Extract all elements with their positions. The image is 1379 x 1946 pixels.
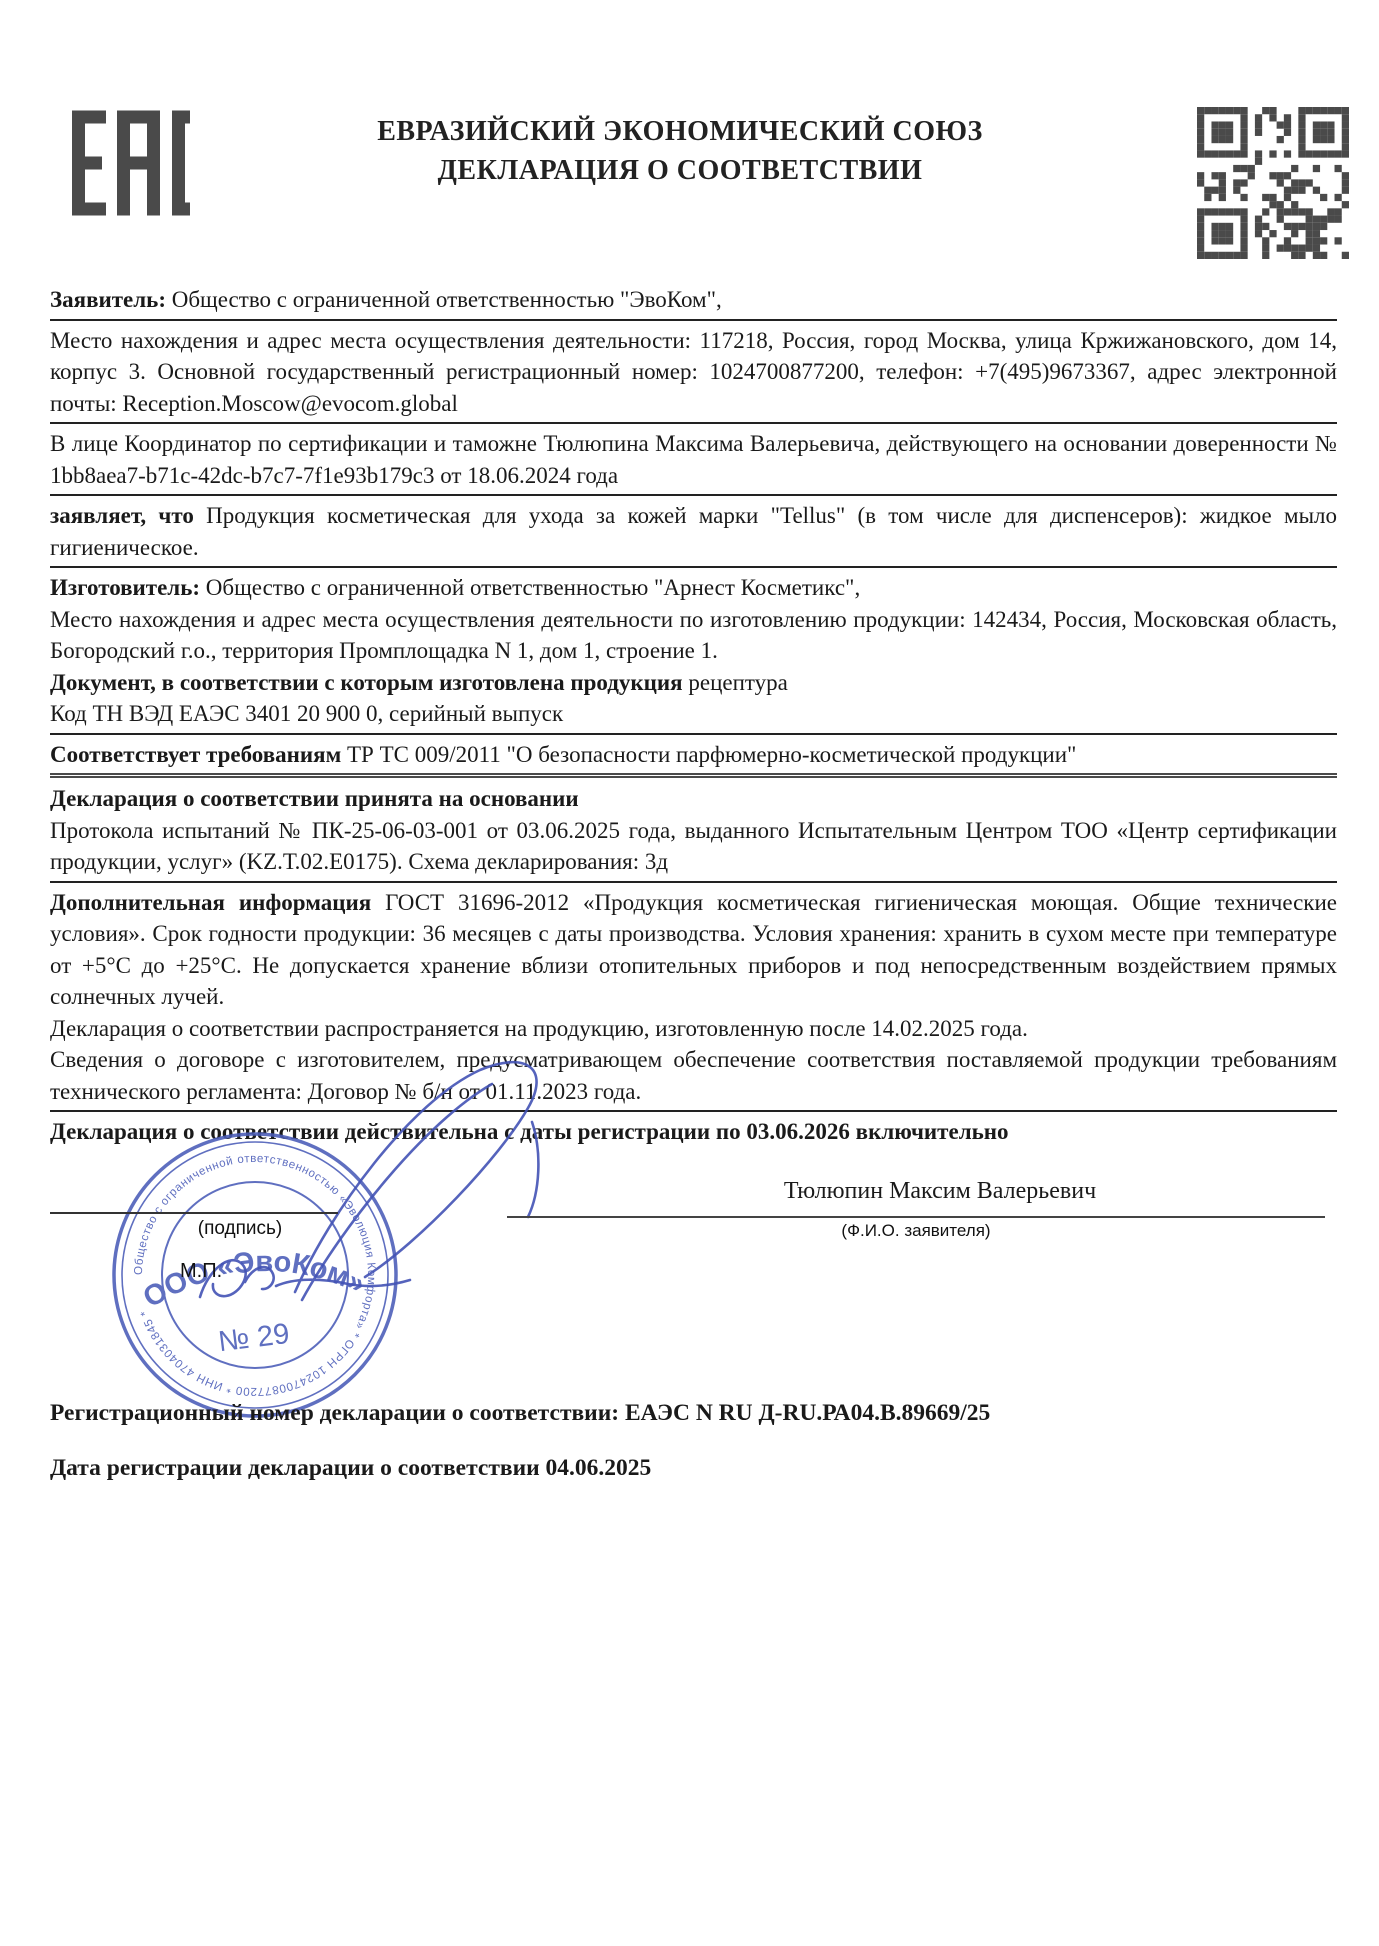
document-title: ЕВРАЗИЙСКИЙ ЭКОНОМИЧЕСКИЙ СОЮЗ ДЕКЛАРАЦИ… [185, 112, 1175, 190]
eac-mark-icon [72, 110, 190, 216]
signature-line [50, 1212, 338, 1214]
additional-label: Дополнительная информация [50, 890, 371, 915]
reg-number-value: ЕАЭС N RU Д-RU.РА04.В.89669/25 [625, 1400, 990, 1426]
section-document: Документ, в соответствии с которым изгот… [50, 667, 1337, 699]
document-body: Заявитель: Общество с ограниченной ответ… [50, 284, 1337, 1148]
document-label: Документ, в соответствии с которым изгот… [50, 670, 683, 695]
manufacturer-value: Общество с ограниченной ответственностью… [206, 575, 860, 600]
applicant-value: Общество с ограниченной ответственностью… [172, 287, 722, 312]
declaration-document: ЕВРАЗИЙСКИЙ ЭКОНОМИЧЕСКИЙ СОЮЗ ДЕКЛАРАЦИ… [0, 0, 1379, 1946]
declares-label: заявляет, что [50, 503, 194, 528]
section-basis-label: Декларация о соответствии принята на осн… [50, 783, 1337, 815]
signature-caption: (подпись) [160, 1218, 320, 1240]
section-manufacturer-address: Место нахождения и адрес места осуществл… [50, 604, 1337, 667]
section-manufacturer: Изготовитель: Общество с ограниченной от… [50, 572, 1337, 604]
representative-text: В лице Координатор по сертификации и там… [50, 431, 1337, 488]
section-valid-production: Декларация о соответствии распространяет… [50, 1013, 1337, 1045]
tnved-line: Код ТН ВЭД ЕАЭС 3401 20 900 0, серийный … [50, 701, 563, 726]
reg-date-value: 04.06.2025 [546, 1455, 652, 1481]
section-complies: Соответствует требованиям ТР ТС 009/2011… [50, 739, 1337, 779]
section-applicant-address: Место нахождения и адрес места осуществл… [50, 325, 1337, 425]
section-representative: В лице Координатор по сертификации и там… [50, 428, 1337, 496]
stamp-place-label: М.П. [180, 1260, 222, 1283]
registration-number-line: Регистрационный номер декларации о соотв… [50, 1400, 1337, 1427]
declares-value: Продукция косметическая для ухода за кож… [50, 503, 1337, 560]
complies-value: ТР ТС 009/2011 "О безопасности парфюмерн… [347, 742, 1076, 767]
section-basis-value: Протокола испытаний № ПК-25-06-03-001 от… [50, 815, 1337, 883]
manufacturer-label: Изготовитель: [50, 575, 200, 600]
reg-number-label: Регистрационный номер декларации о соотв… [50, 1400, 619, 1426]
section-tnved: Код ТН ВЭД ЕАЭС 3401 20 900 0, серийный … [50, 698, 1337, 735]
applicant-label: Заявитель: [50, 287, 166, 312]
applicant-name-caption: (Ф.И.О. заявителя) [507, 1221, 1325, 1241]
signature-block: Общество с ограниченной ответственностью… [50, 1120, 1337, 1420]
section-applicant: Заявитель: Общество с ограниченной ответ… [50, 284, 1337, 321]
applicant-name-line [507, 1216, 1325, 1218]
manufacturer-address: Место нахождения и адрес места осуществл… [50, 607, 1337, 664]
title-line-2: ДЕКЛАРАЦИЯ О СООТВЕТСТВИИ [185, 151, 1175, 190]
valid-production-text: Декларация о соответствии распространяет… [50, 1016, 1028, 1041]
qr-code-icon [1197, 107, 1349, 259]
registration-date-line: Дата регистрации декларации о соответств… [50, 1455, 1337, 1482]
title-line-1: ЕВРАЗИЙСКИЙ ЭКОНОМИЧЕСКИЙ СОЮЗ [185, 112, 1175, 151]
reg-date-label: Дата регистрации декларации о соответств… [50, 1455, 540, 1481]
basis-label: Декларация о соответствии принята на осн… [50, 786, 579, 811]
basis-value: Протокола испытаний № ПК-25-06-03-001 от… [50, 818, 1337, 875]
complies-label: Соответствует требованиям [50, 742, 341, 767]
applicant-name: Тюлюпин Максим Валерьевич [510, 1178, 1370, 1205]
section-declares: заявляет, что Продукция косметическая дл… [50, 500, 1337, 568]
applicant-address: Место нахождения и адрес места осуществл… [50, 328, 1337, 416]
section-additional: Дополнительная информация ГОСТ 31696-201… [50, 887, 1337, 1013]
document-value: рецептура [688, 670, 788, 695]
